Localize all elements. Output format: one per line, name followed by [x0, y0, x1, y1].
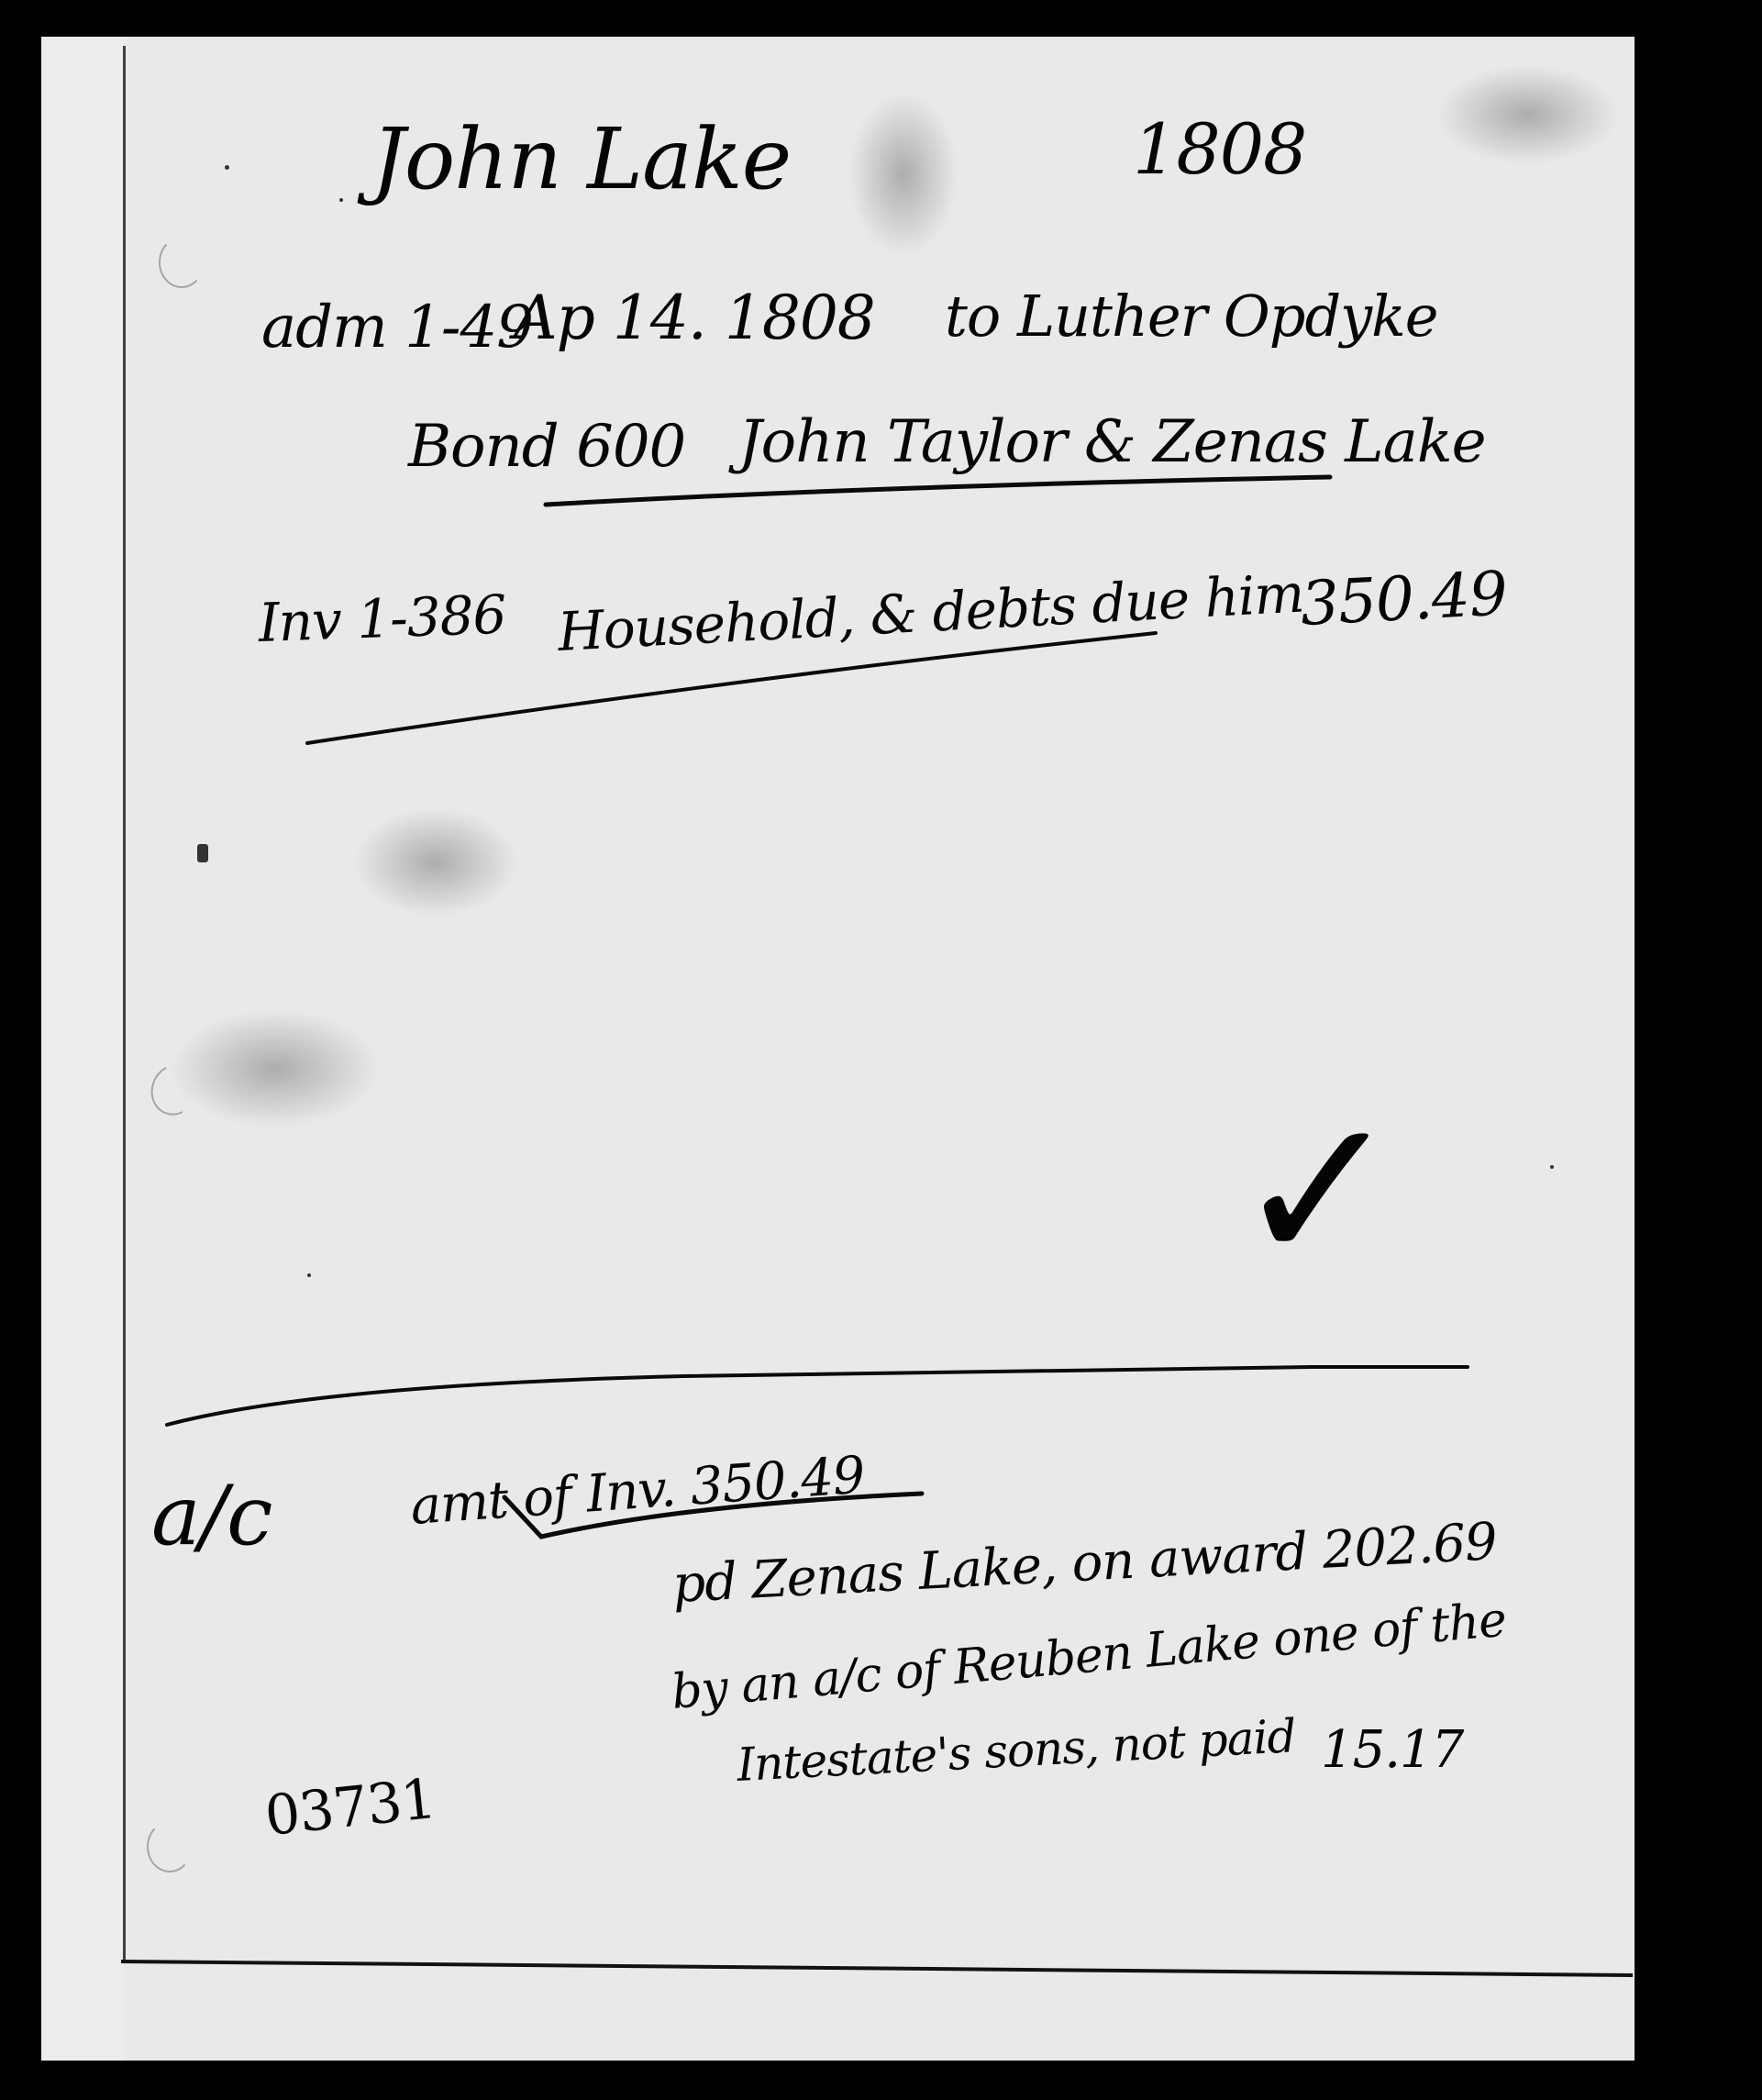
- document-page: John Lake 1808 adm 1-49 Ap 14. 1808 to L…: [41, 37, 1635, 2061]
- underline-amount: [504, 1494, 922, 1537]
- rule-under-inventory: [307, 633, 1156, 743]
- ruled-lines: [41, 37, 1635, 2061]
- rule-above-account: [167, 1367, 1468, 1425]
- bottom-border: [121, 1961, 1633, 1975]
- rule-under-bond: [546, 477, 1330, 505]
